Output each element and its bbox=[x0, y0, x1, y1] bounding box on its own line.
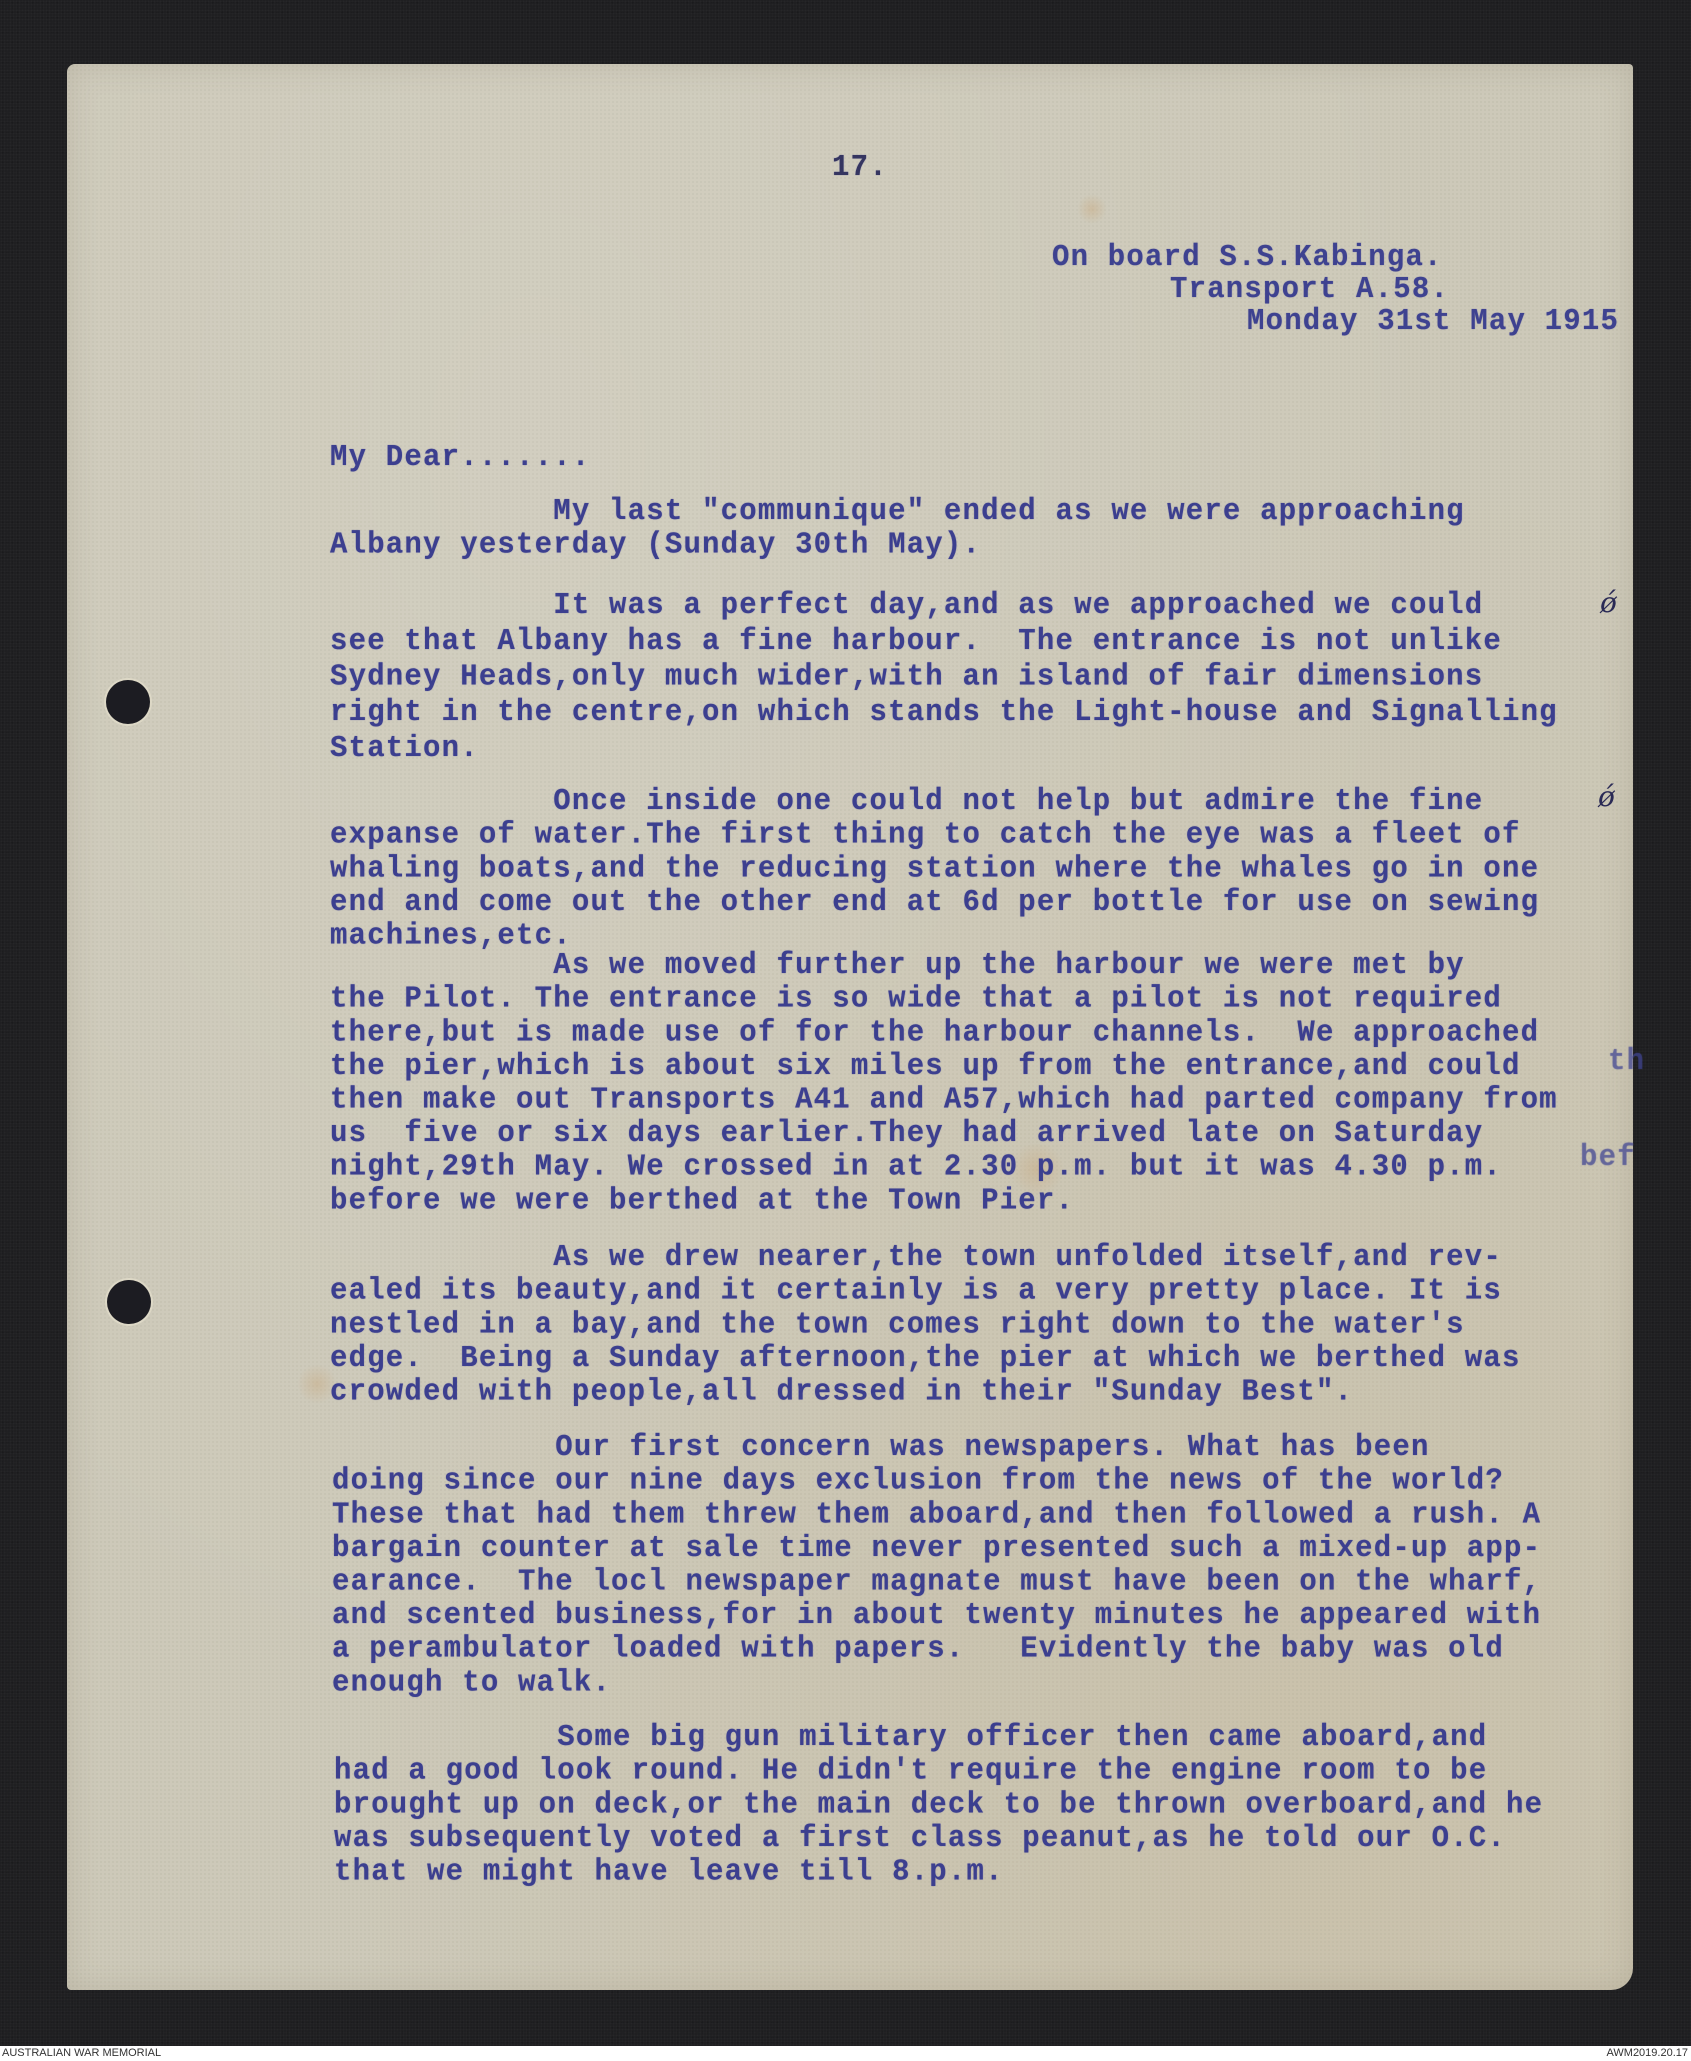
paragraph-line: there,but is made use of for the harbour… bbox=[330, 1017, 1539, 1047]
salutation: My Dear....... bbox=[330, 442, 590, 472]
paragraph-line: us five or six days earlier.They had arr… bbox=[330, 1118, 1483, 1148]
paragraph-line: right in the centre,on which stands the … bbox=[330, 697, 1558, 727]
paragraph-line: Sydney Heads,only much wider,with an isl… bbox=[330, 661, 1483, 691]
institution-label: AUSTRALIAN WAR MEMORIAL bbox=[2, 2047, 161, 2059]
paragraph-line: expanse of water.The first thing to catc… bbox=[330, 820, 1521, 850]
paragraph-line: then make out Transports A41 and A57,whi… bbox=[330, 1084, 1558, 1114]
paragraph-line: It was a perfect day,and as we approache… bbox=[330, 590, 1483, 620]
paragraph-line: Our first concern was newspapers. What h… bbox=[332, 1432, 1430, 1462]
archive-footer: AUSTRALIAN WAR MEMORIAL AWM2019.20.17 bbox=[0, 2046, 1691, 2061]
paragraph-2: It was a perfect day,and as we approache… bbox=[330, 590, 367, 773]
paragraph-line: a perambulator loaded with papers. Evide… bbox=[332, 1634, 1504, 1664]
paragraph-line: the Pilot. The entrance is so wide that … bbox=[330, 984, 1502, 1014]
punch-hole-top bbox=[106, 680, 150, 724]
paragraph-line: Some big gun military officer then came … bbox=[334, 1722, 1487, 1752]
margin-correction-mark: ǿ bbox=[1600, 586, 1617, 619]
page-number: 17. bbox=[832, 152, 888, 182]
paragraph-line: was subsequently voted a first class pea… bbox=[334, 1823, 1506, 1853]
paragraph-6: Our first concern was newspapers. What h… bbox=[332, 1432, 369, 1706]
overflow-fragment: th bbox=[1608, 1046, 1645, 1076]
paragraph-line: As we drew nearer,the town unfolded itse… bbox=[330, 1242, 1502, 1272]
paragraph-line: Once inside one could not help but admir… bbox=[330, 786, 1483, 816]
paragraph-line: night,29th May. We crossed in at 2.30 p.… bbox=[330, 1152, 1502, 1182]
paragraph-line: had a good look round. He didn't require… bbox=[334, 1756, 1487, 1786]
header-ship: On board S.S.Kabinga. bbox=[1052, 242, 1443, 272]
paragraph-line: see that Albany has a fine harbour. The … bbox=[330, 626, 1502, 656]
paragraph-3: Once inside one could not help but admir… bbox=[330, 786, 367, 969]
accession-number: AWM2019.20.17 bbox=[1606, 2047, 1688, 2059]
paragraph-1: My last "communique" ended as we were ap… bbox=[330, 496, 367, 587]
paragraph-line: whaling boats,and the reducing station w… bbox=[330, 853, 1539, 883]
paragraph-line: and scented business,for in about twenty… bbox=[332, 1600, 1541, 1630]
paragraph-line: earance. The locl newspaper magnate must… bbox=[332, 1566, 1541, 1596]
paragraph-line: These that had them threw them aboard,an… bbox=[332, 1499, 1541, 1529]
margin-correction-mark: ǿ bbox=[1598, 780, 1615, 813]
paragraph-line: nestled in a bay,and the town comes righ… bbox=[330, 1309, 1465, 1339]
paragraph-line: that we might have leave till 8.p.m. bbox=[334, 1856, 1004, 1886]
paragraph-line: bargain counter at sale time never prese… bbox=[332, 1533, 1541, 1563]
paragraph-line: machines,etc. bbox=[330, 920, 572, 950]
paragraph-line: Albany yesterday (Sunday 30th May). bbox=[330, 530, 981, 560]
paragraph-line: the pier,which is about six miles up fro… bbox=[330, 1051, 1521, 1081]
paper-stain bbox=[1077, 194, 1107, 224]
overflow-fragment: bef bbox=[1580, 1142, 1636, 1172]
paragraph-5: As we drew nearer,the town unfolded itse… bbox=[330, 1242, 367, 1425]
paragraph-4: As we moved further up the harbour we we… bbox=[330, 950, 367, 1224]
paragraph-line: Station. bbox=[330, 733, 479, 763]
paragraph-line: crowded with people,all dressed in their… bbox=[330, 1376, 1353, 1406]
paragraph-line: end and come out the other end at 6d per… bbox=[330, 887, 1539, 917]
paragraph-line: doing since our nine days exclusion from… bbox=[332, 1466, 1504, 1496]
paragraph-line: ealed its beauty,and it certainly is a v… bbox=[330, 1276, 1502, 1306]
header-transport: Transport A.58. bbox=[1170, 274, 1449, 304]
paragraph-line: brought up on deck,or the main deck to b… bbox=[334, 1789, 1543, 1819]
paragraph-line: edge. Being a Sunday afternoon,the pier … bbox=[330, 1343, 1521, 1373]
paragraph-line: enough to walk. bbox=[332, 1667, 611, 1697]
paragraph-line: My last "communique" ended as we were ap… bbox=[330, 496, 1465, 526]
header-date: Monday 31st May 1915 bbox=[1247, 306, 1619, 336]
punch-hole-bottom bbox=[107, 1280, 151, 1324]
paragraph-7: Some big gun military officer then came … bbox=[334, 1722, 371, 1905]
paragraph-line: As we moved further up the harbour we we… bbox=[330, 950, 1465, 980]
paragraph-line: before we were berthed at the Town Pier. bbox=[330, 1185, 1074, 1215]
